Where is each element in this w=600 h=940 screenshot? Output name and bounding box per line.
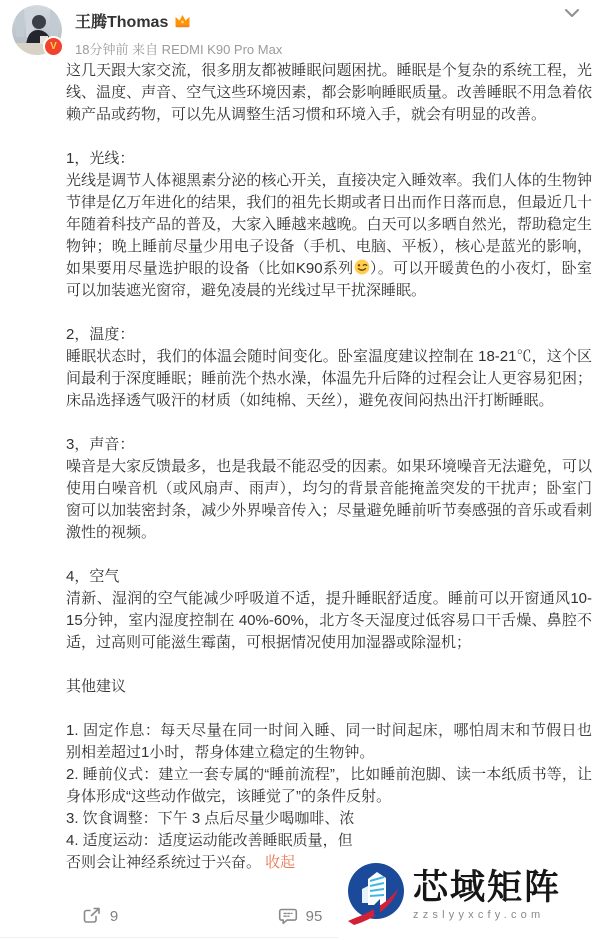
paragraph-gap [66,412,592,434]
post-paragraph: 光线是调节人体褪黑素分泌的核心开关，直接决定入睡效率。我们人体的生物钟节律是亿万… [66,170,592,302]
wink-emoji-icon [354,259,370,275]
post-paragraph: 4. 适度运动：适度运动能改善睡眠质量，但 [66,830,592,852]
post-paragraph: 2，温度： [66,324,592,346]
post-paragraph: 这几天跟大家交流，很多朋友都被睡眠问题困扰。睡眠是个复杂的系统工程，光线、温度、… [66,60,592,126]
post-paragraph: 2. 睡前仪式：建立一套专属的“睡前流程”，比如睡前泡脚、读一本纸质书等，让身体… [66,764,592,808]
post-paragraph: 其他建议 [66,676,592,698]
paragraph-gap [66,302,592,324]
post-header: V 王腾Thomas 18分钟前 来自 REDMI K90 Pro Max [12,5,282,58]
post-timestamp-source: 18分钟前 来自 REDMI K90 Pro Max [75,39,282,58]
header-meta: 王腾Thomas 18分钟前 来自 REDMI K90 Pro Max [75,5,282,58]
user-name[interactable]: 王腾Thomas [75,9,168,32]
post-content: 这几天跟大家交流，很多朋友都被睡眠问题困扰。睡眠是个复杂的系统工程，光线、温度、… [66,60,592,902]
repost-button[interactable]: 9 [0,901,200,931]
paragraph-gap [66,698,592,720]
post-paragraph: 3，声音： [66,434,592,456]
post-paragraph: 3. 饮食调整：下午 3 点后尽量少喝咖啡、浓 [66,808,592,830]
collapse-link[interactable]: 收起 [265,854,295,871]
post-paragraph: 4，空气 [66,566,592,588]
post-paragraph: 1. 固定作息：每天尽量在同一时间入睡、同一时间起床，哪怕周末和节假日也别相差超… [66,720,592,764]
paragraph-gap [66,654,592,676]
repost-icon [82,907,102,925]
watermark-overlay: 芯域矩阵 zzslyyxcfy.com [338,851,600,940]
repost-count: 9 [110,908,118,925]
comment-icon [278,907,298,925]
weibo-post-card: V 王腾Thomas 18分钟前 来自 REDMI K90 Pro Max 这几… [0,0,600,940]
comment-count: 95 [306,908,323,925]
post-paragraph: 睡眠状态时，我们的体温会随时间变化。卧室温度建议控制在 18-21℃，这个区间最… [66,346,592,412]
post-paragraph: 噪音是大家反馈最多，也是我最不能忍受的因素。如果环境噪音无法避免，可以使用白噪音… [66,456,592,544]
watermark-domain: zzslyyxcfy.com [413,909,561,921]
paragraph-gap [66,544,592,566]
vip-crown-icon [174,13,191,28]
chevron-down-icon[interactable] [564,8,580,18]
watermark-title: 芯域矩阵 [413,870,561,907]
avatar[interactable]: V [12,5,62,55]
watermark-logo-icon [344,859,408,933]
post-paragraph: 清新、湿润的空气能减少呼吸道不适，提升睡眠舒适度。睡前可以开窗通风10-15分钟… [66,588,592,654]
paragraph-gap [66,126,592,148]
post-paragraph: 1，光线： [66,148,592,170]
verified-badge-icon: V [43,36,64,57]
